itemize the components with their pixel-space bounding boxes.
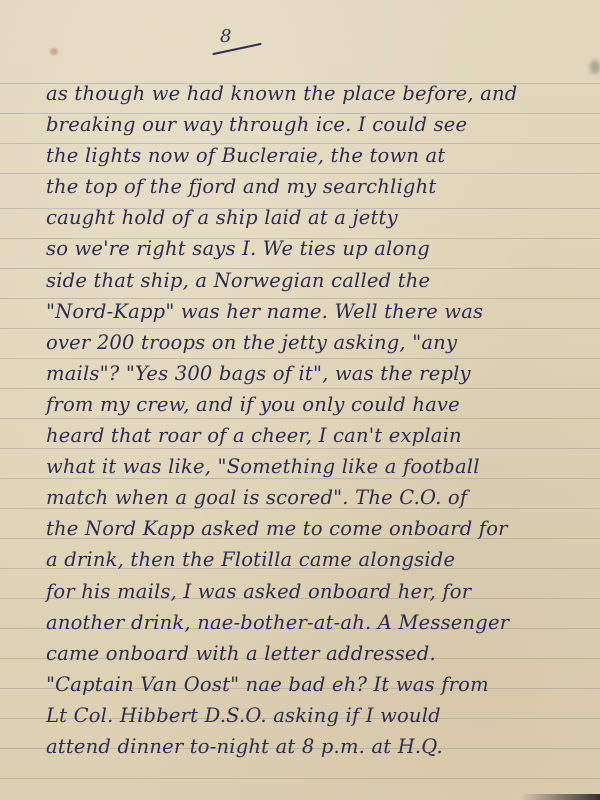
text-line: came onboard with a letter addressed. bbox=[46, 638, 594, 669]
text-line: Lt Col. Hibbert D.S.O. asking if I would bbox=[46, 700, 594, 731]
text-line: match when a goal is scored". The C.O. o… bbox=[46, 482, 594, 513]
text-line: so we're right says I. We ties up along bbox=[46, 233, 594, 264]
text-line: caught hold of a ship laid at a jetty bbox=[46, 202, 594, 233]
page-number: 8 bbox=[220, 26, 231, 47]
text-line: as though we had known the place before,… bbox=[46, 78, 594, 109]
text-line: mails"? "Yes 300 bags of it", was the re… bbox=[46, 358, 594, 389]
text-line: the lights now of Bucleraie, the town at bbox=[46, 140, 594, 171]
text-line: a drink, then the Flotilla came alongsid… bbox=[46, 544, 594, 575]
text-line: the top of the fjord and my searchlight bbox=[46, 171, 594, 202]
text-line: attend dinner to-night at 8 p.m. at H.Q. bbox=[46, 731, 594, 762]
text-line: another drink, nae-bother-at-ah. A Messe… bbox=[46, 607, 594, 638]
text-line: for his mails, I was asked onboard her, … bbox=[46, 576, 594, 607]
text-line: from my crew, and if you only could have bbox=[46, 389, 594, 420]
handwritten-text-body: as though we had known the place before,… bbox=[46, 78, 594, 762]
text-line: what it was like, "Something like a foot… bbox=[46, 451, 594, 482]
text-line: over 200 troops on the jetty asking, "an… bbox=[46, 327, 594, 358]
page-edge-shadow bbox=[520, 794, 600, 800]
text-line: side that ship, a Norwegian called the bbox=[46, 265, 594, 296]
text-line: heard that roar of a cheer, I can't expl… bbox=[46, 420, 594, 451]
text-line: "Captain Van Oost" nae bad eh? It was fr… bbox=[46, 669, 594, 700]
text-line: breaking our way through ice. I could se… bbox=[46, 109, 594, 140]
paper-stain bbox=[50, 48, 58, 55]
paper-stain bbox=[590, 60, 600, 74]
text-line: the Nord Kapp asked me to come onboard f… bbox=[46, 513, 594, 544]
handwritten-notebook-page: 8 as though we had known the place befor… bbox=[0, 0, 600, 800]
text-line: "Nord-Kapp" was her name. Well there was bbox=[46, 296, 594, 327]
